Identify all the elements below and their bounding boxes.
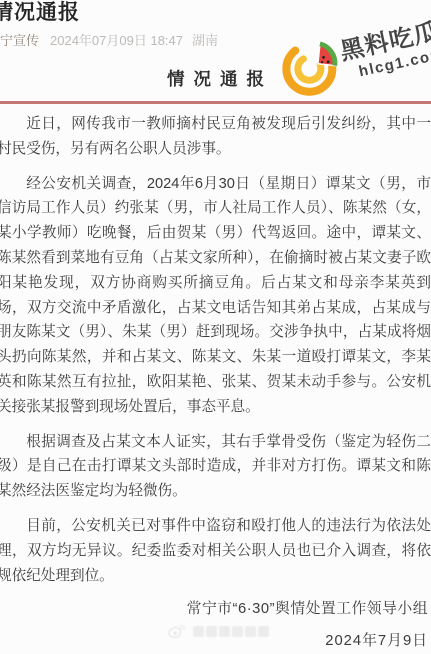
- notice-body: 近日，网传我市一教师摘村民豆角被发现后引发纠纷，其中一村民受伤，另有两名公职人员…: [0, 112, 431, 598]
- post-title: 情况通报: [0, 0, 80, 26]
- signature-line: 常宁市“6·30”舆情处置工作领导小组: [187, 597, 428, 618]
- weibo-eye-icon: [167, 623, 187, 639]
- author-name[interactable]: 宁宣传: [0, 33, 39, 48]
- weibo-article-screenshot: 情况通报 宁宣传2024年07月09日 18:47湖南 情况通报: [0, 0, 431, 654]
- notice-paragraph: 经公安机关调查，2024年6月30日（星期日）谭某文（男，市信访局工作人员）约张…: [0, 172, 431, 420]
- watermelon-icon: [274, 32, 348, 106]
- notice-paragraph: 根据调查及占某文本人证实，其右手掌骨受伤（鉴定为轻伤二级）是自己在击打谭某文头部…: [0, 430, 431, 504]
- site-watermark-text: 黑料吃瓜网 hlcg1.com: [338, 15, 431, 82]
- weibo-watermark: [167, 623, 269, 639]
- weibo-watermark-text-smudge: [193, 626, 269, 637]
- red-divider-line: [0, 101, 431, 104]
- post-region: 湖南: [192, 33, 218, 48]
- notice-paragraph: 目前，公安机关已对事件中盗窃和殴打他人的违法行为依法处理，双方均无异议。纪委监委…: [0, 514, 431, 588]
- post-meta: 宁宣传2024年07月09日 18:47湖南: [0, 30, 218, 49]
- notice-paragraph: 近日，网传我市一教师摘村民豆角被发现后引发纠纷，其中一村民受伤，另有两名公职人员…: [0, 112, 431, 162]
- post-date: 2024年07月09日 18:47: [50, 33, 183, 48]
